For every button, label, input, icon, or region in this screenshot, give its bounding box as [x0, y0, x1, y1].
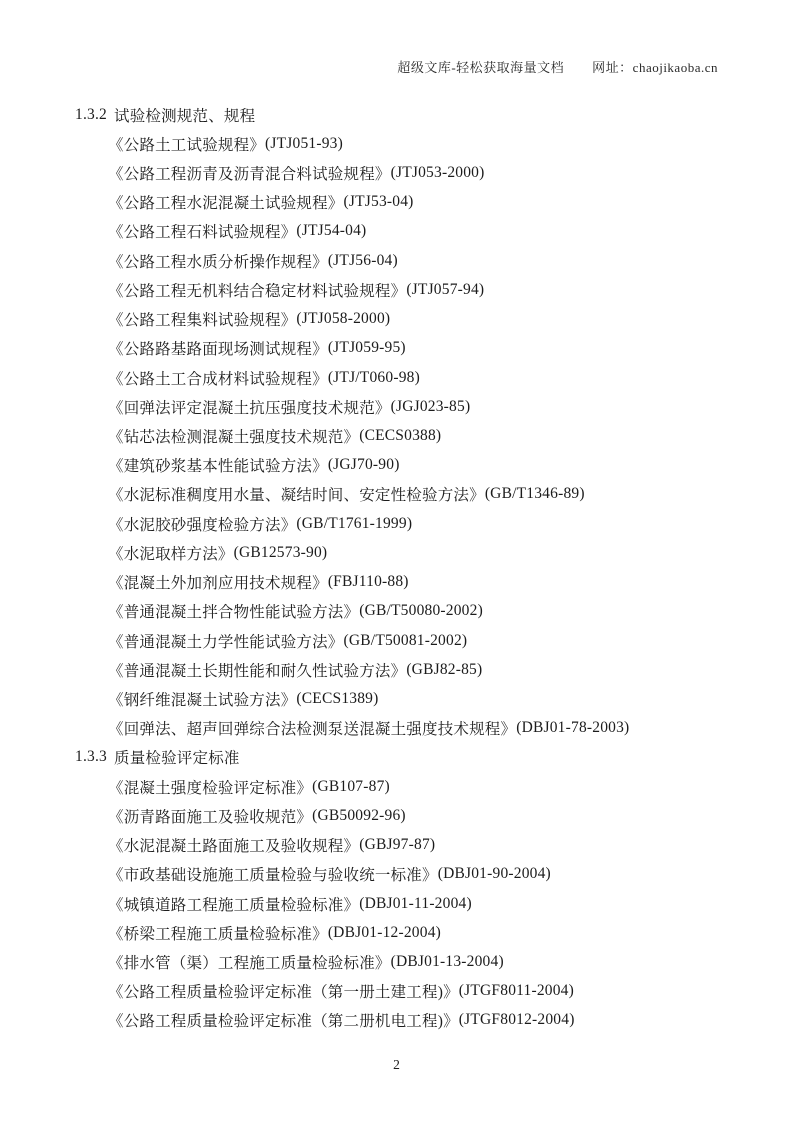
standard-list-item: 《水泥标准稠度用水量、凝结时间、安定性检验方法》(GB/T1346-89)	[75, 480, 763, 509]
standard-title: 《回弹法、超声回弹综合法检测泵送混凝土强度技术规程》	[108, 717, 516, 739]
standard-title: 《排水管（渠）工程施工质量检验标准》	[108, 951, 391, 973]
standard-title: 《公路工程质量检验评定标准（第二册机电工程)》	[108, 1009, 459, 1031]
standard-code: (JGJ70-90)	[328, 456, 400, 474]
standard-code: (GBJ82-85)	[406, 661, 482, 679]
standard-list-item: 《公路工程质量检验评定标准（第二册机电工程)》(JTGF8012-2004)	[75, 1006, 763, 1035]
standard-list-item: 《水泥取样方法》(GB12573-90)	[75, 538, 763, 567]
standard-title: 《普通混凝土拌合物性能试验方法》	[108, 600, 359, 622]
standard-list-item: 《钢纤维混凝土试验方法》(CECS1389)	[75, 684, 763, 713]
standard-title: 《城镇道路工程施工质量检验标准》	[108, 893, 359, 915]
standard-title: 《水泥胶砂强度检验方法》	[108, 513, 296, 535]
standard-list-item: 《公路土工合成材料试验规程》(JTJ/T060-98)	[75, 363, 763, 392]
standard-title: 《建筑砂浆基本性能试验方法》	[108, 454, 328, 476]
section-heading: 1.3.2试验检测规范、规程	[75, 100, 763, 129]
standard-list-item: 《公路工程质量检验评定标准（第一册土建工程)》(JTGF8011-2004)	[75, 977, 763, 1006]
standard-code: (JTJ058-2000)	[296, 310, 390, 328]
standard-title: 《水泥取样方法》	[108, 542, 234, 564]
section-title: 试验检测规范、规程	[114, 104, 255, 126]
standard-code: (JTJ051-93)	[265, 135, 343, 153]
standard-title: 《钻芯法检测混凝土强度技术规范》	[108, 425, 359, 447]
standard-title: 《沥青路面施工及验收规范》	[108, 805, 312, 827]
standard-title: 《水泥混凝土路面施工及验收规程》	[108, 834, 359, 856]
standard-code: (DBJ01-78-2003)	[516, 719, 629, 737]
standard-list-item: 《沥青路面施工及验收规范》(GB50092-96)	[75, 801, 763, 830]
standard-code: (JTGF8012-2004)	[459, 1011, 575, 1029]
standard-list-item: 《普通混凝土力学性能试验方法》(GB/T50081-2002)	[75, 626, 763, 655]
standard-list-item: 《排水管（渠）工程施工质量检验标准》(DBJ01-13-2004)	[75, 947, 763, 976]
standard-list-item: 《城镇道路工程施工质量检验标准》(DBJ01-11-2004)	[75, 889, 763, 918]
standard-list-item: 《公路工程集料试验规程》(JTJ058-2000)	[75, 305, 763, 334]
standard-title: 《普通混凝土长期性能和耐久性试验方法》	[108, 659, 406, 681]
standard-title: 《公路路基路面现场测试规程》	[108, 337, 328, 359]
standard-list-item: 《混凝土外加剂应用技术规程》(FBJ110-88)	[75, 568, 763, 597]
standard-code: (JTJ053-2000)	[391, 164, 485, 182]
standard-code: (JTJ057-94)	[406, 281, 484, 299]
standard-code: (JTJ/T060-98)	[328, 369, 420, 387]
standard-code: (GB/T1761-1999)	[296, 515, 412, 533]
standard-list-item: 《混凝土强度检验评定标准》(GB107-87)	[75, 772, 763, 801]
standard-code: (GBJ97-87)	[359, 836, 435, 854]
standard-code: (GB50092-96)	[312, 807, 406, 825]
standard-title: 《水泥标准稠度用水量、凝结时间、安定性检验方法》	[108, 483, 485, 505]
standard-list-item: 《普通混凝土拌合物性能试验方法》(GB/T50080-2002)	[75, 597, 763, 626]
standard-title: 《公路工程质量检验评定标准（第一册土建工程)》	[108, 980, 459, 1002]
standard-list-item: 《公路土工试验规程》(JTJ051-93)	[75, 129, 763, 158]
standard-title: 《桥梁工程施工质量检验标准》	[108, 922, 328, 944]
standard-code: (DBJ01-13-2004)	[391, 953, 504, 971]
standard-code: (JTGF8011-2004)	[459, 982, 574, 1000]
standard-list-item: 《普通混凝土长期性能和耐久性试验方法》(GBJ82-85)	[75, 655, 763, 684]
document-body: 1.3.2试验检测规范、规程《公路土工试验规程》(JTJ051-93)《公路工程…	[75, 100, 763, 1035]
section-heading: 1.3.3质量检验评定标准	[75, 743, 763, 772]
standard-title: 《公路工程石料试验规程》	[108, 220, 296, 242]
standard-title: 《公路工程无机料结合稳定材料试验规程》	[108, 279, 406, 301]
section-title: 质量检验评定标准	[114, 746, 240, 768]
standard-code: (FBJ110-88)	[328, 573, 409, 591]
standard-list-item: 《公路路基路面现场测试规程》(JTJ059-95)	[75, 334, 763, 363]
standard-title: 《钢纤维混凝土试验方法》	[108, 688, 296, 710]
header-brand: 超级文库-轻松获取海量文档	[397, 60, 564, 75]
standard-code: (GB107-87)	[312, 778, 390, 796]
page-footer: 2	[0, 1057, 793, 1073]
standard-title: 《公路工程集料试验规程》	[108, 308, 296, 330]
standard-code: (GB12573-90)	[234, 544, 328, 562]
standard-list-item: 《水泥胶砂强度检验方法》(GB/T1761-1999)	[75, 509, 763, 538]
standard-code: (GB/T50081-2002)	[344, 632, 468, 650]
standard-list-item: 《回弹法、超声回弹综合法检测泵送混凝土强度技术规程》(DBJ01-78-2003…	[75, 714, 763, 743]
page-header: 超级文库-轻松获取海量文档网址：chaojikaoba.cn	[397, 57, 718, 76]
standard-code: (JTJ56-04)	[328, 252, 398, 270]
standard-list-item: 《公路工程无机料结合稳定材料试验规程》(JTJ057-94)	[75, 275, 763, 304]
page-number: 2	[393, 1057, 400, 1072]
standard-code: (CECS0388)	[359, 427, 441, 445]
standard-list-item: 《公路工程石料试验规程》(JTJ54-04)	[75, 217, 763, 246]
standard-code: (DBJ01-12-2004)	[328, 924, 441, 942]
header-site-url: chaojikaoba.cn	[633, 60, 718, 75]
standard-code: (JTJ53-04)	[344, 193, 414, 211]
document-page: 超级文库-轻松获取海量文档网址：chaojikaoba.cn 1.3.2试验检测…	[0, 0, 793, 1122]
header-site-label: 网址：	[592, 60, 633, 75]
standard-list-item: 《公路工程水泥混凝土试验规程》(JTJ53-04)	[75, 188, 763, 217]
standard-title: 《公路工程水泥混凝土试验规程》	[108, 191, 344, 213]
standard-code: (DBJ01-11-2004)	[359, 895, 472, 913]
standard-code: (GB/T1346-89)	[485, 485, 585, 503]
standard-code: (DBJ01-90-2004)	[438, 865, 551, 883]
standard-code: (GB/T50080-2002)	[359, 602, 483, 620]
standard-title: 《公路土工试验规程》	[108, 133, 265, 155]
standard-title: 《普通混凝土力学性能试验方法》	[108, 630, 344, 652]
standard-list-item: 《回弹法评定混凝土抗压强度技术规范》(JGJ023-85)	[75, 392, 763, 421]
standard-title: 《公路土工合成材料试验规程》	[108, 367, 328, 389]
standard-code: (JTJ059-95)	[328, 339, 406, 357]
standard-code: (CECS1389)	[296, 690, 378, 708]
standard-list-item: 《桥梁工程施工质量检验标准》(DBJ01-12-2004)	[75, 918, 763, 947]
standard-list-item: 《市政基础设施施工质量检验与验收统一标准》(DBJ01-90-2004)	[75, 860, 763, 889]
standard-title: 《公路工程水质分析操作规程》	[108, 250, 328, 272]
standard-list-item: 《公路工程沥青及沥青混合料试验规程》(JTJ053-2000)	[75, 158, 763, 187]
section-number: 1.3.3	[75, 748, 107, 766]
standard-title: 《回弹法评定混凝土抗压强度技术规范》	[108, 396, 391, 418]
standard-code: (JTJ54-04)	[296, 222, 366, 240]
standard-code: (JGJ023-85)	[391, 398, 471, 416]
standard-title: 《公路工程沥青及沥青混合料试验规程》	[108, 162, 391, 184]
section-number: 1.3.2	[75, 106, 107, 124]
standard-title: 《混凝土强度检验评定标准》	[108, 776, 312, 798]
standard-title: 《市政基础设施施工质量检验与验收统一标准》	[108, 863, 438, 885]
standard-title: 《混凝土外加剂应用技术规程》	[108, 571, 328, 593]
standard-list-item: 《公路工程水质分析操作规程》(JTJ56-04)	[75, 246, 763, 275]
standard-list-item: 《建筑砂浆基本性能试验方法》(JGJ70-90)	[75, 451, 763, 480]
standard-list-item: 《水泥混凝土路面施工及验收规程》(GBJ97-87)	[75, 830, 763, 859]
standard-list-item: 《钻芯法检测混凝土强度技术规范》(CECS0388)	[75, 421, 763, 450]
